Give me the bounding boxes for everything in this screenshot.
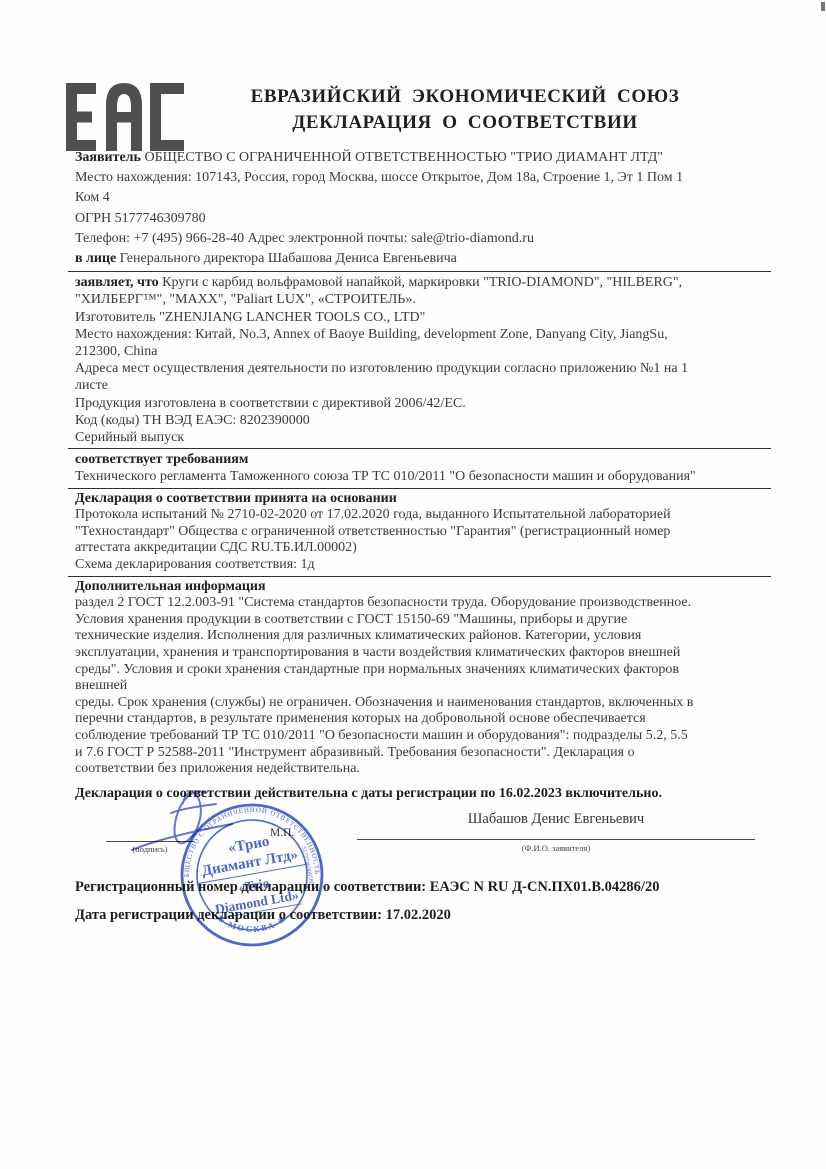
in-person-label: в лице	[75, 251, 116, 266]
title-line-union: ЕВРАЗИЙСКИЙ ЭКОНОМИЧЕСКИЙ СОЮЗ	[140, 84, 790, 110]
additional-info-line: раздел 2 ГОСТ 12.2.003-91 "Система станд…	[75, 595, 763, 612]
fio-line	[357, 839, 755, 840]
directive-line: Продукция изготовлена в соответствии с д…	[75, 395, 763, 412]
additional-info-line: среды. Срок хранения (службы) не огранич…	[75, 695, 763, 712]
section-divider	[68, 488, 771, 489]
basis-header: Декларация о соответствии принята на осн…	[75, 491, 763, 508]
document-title: ЕВРАЗИЙСКИЙ ЭКОНОМИЧЕСКИЙ СОЮЗ ДЕКЛАРАЦИ…	[140, 84, 790, 136]
activity-address-1: Адреса мест осуществления деятельности п…	[75, 360, 763, 377]
manufacturer-address-2: 212300, China	[75, 343, 763, 360]
applicant-ogrn: ОГРН 5177746309780	[75, 209, 763, 229]
manufacturer-address-1: Место нахождения: Китай, No.3, Annex of …	[75, 326, 763, 343]
declaration-document-page: ЕВРАЗИЙСКИЙ ЭКОНОМИЧЕСКИЙ СОЮЗ ДЕКЛАРАЦИ…	[0, 0, 826, 1169]
conformity-body: Технического регламента Таможенного союз…	[75, 468, 763, 485]
tnved-code-line: Код (коды) ТН ВЭД ЕАЭС: 8202390000	[75, 412, 763, 429]
applicant-section: Заявитель ОБЩЕСТВО С ОГРАНИЧЕННОЙ ОТВЕТС…	[75, 148, 763, 269]
title-line-declaration: ДЕКЛАРАЦИЯ О СООТВЕТСТВИИ	[140, 110, 790, 136]
registration-number-line: Регистрационный номер декларации о соотв…	[75, 879, 659, 896]
scan-artifact-corner	[821, 2, 825, 11]
applicant-phone-email: Телефон: +7 (495) 966-28-40 Адрес электр…	[75, 229, 763, 249]
additional-info-line: перечни стандартов, в результате примене…	[75, 711, 763, 728]
conformity-section: соответствует требованиям Технического р…	[75, 451, 763, 485]
basis-line-3: аттестата аккредитации СДС RU.ТБ.ИЛ.0000…	[75, 540, 763, 557]
additional-info-line: технические изделия. Исполнения для разл…	[75, 628, 763, 645]
in-person-name: Генерального директора Шабашова Дениса Е…	[120, 251, 457, 266]
declares-line: заявляет, что Круги с карбид вольфрамово…	[75, 274, 763, 291]
additional-info-header: Дополнительная информация	[75, 579, 763, 596]
applicant-name: ОБЩЕСТВО С ОГРАНИЧЕННОЙ ОТВЕТСТВЕННОСТЬЮ…	[144, 150, 663, 165]
additional-info-line: Условия хранения продукции в соответстви…	[75, 612, 763, 629]
applicant-label: Заявитель	[75, 150, 141, 165]
product-description-2: "ХИЛБЕРГ™", "MAXX", "Paliart LUX", «СТРО…	[75, 291, 763, 308]
serial-release-line: Серийный выпуск	[75, 429, 763, 446]
section-divider	[68, 271, 771, 272]
basis-section: Декларация о соответствии принята на осн…	[75, 491, 763, 574]
fio-caption: (Ф.И.О. заявителя)	[357, 843, 755, 853]
applicant-fio: Шабашов Денис Евгеньевич	[357, 811, 755, 828]
basis-scheme: Схема декларирования соответствия: 1д	[75, 557, 763, 574]
applicant-line: Заявитель ОБЩЕСТВО С ОГРАНИЧЕННОЙ ОТВЕТС…	[75, 148, 763, 168]
basis-line-1: Протокола испытаний № 2710-02-2020 от 17…	[75, 507, 763, 524]
conformity-header: соответствует требованиям	[75, 451, 763, 468]
additional-info-line: соответствии без приложения недействител…	[75, 761, 763, 778]
manufacturer-name: Изготовитель "ZHENJIANG LANCHER TOOLS CO…	[75, 309, 763, 326]
applicant-address-2: Ком 4	[75, 188, 763, 208]
document-body: Заявитель ОБЩЕСТВО С ОГРАНИЧЕННОЙ ОТВЕТС…	[75, 148, 763, 803]
applicant-address-1: Место нахождения: 107143, Россия, город …	[75, 168, 763, 188]
additional-info-line: соблюдение требований ТР ТС 010/2011 "О …	[75, 728, 763, 745]
basis-line-2: "Техностандарт" Общества с ограниченной …	[75, 524, 763, 541]
section-divider	[68, 576, 771, 577]
additional-info-section: Дополнительная информация раздел 2 ГОСТ …	[75, 579, 763, 778]
additional-info-line: и 7.6 ГОСТ Р 52588-2011 "Инструмент абра…	[75, 745, 763, 762]
product-description-1: Круги с карбид вольфрамовой напайкой, ма…	[162, 275, 682, 290]
additional-info-line: эксплуатации, хранения и транспортирован…	[75, 645, 763, 662]
product-section: заявляет, что Круги с карбид вольфрамово…	[75, 274, 763, 446]
in-person-line: в лице Генерального директора Шабашова Д…	[75, 249, 763, 269]
registration-date-line: Дата регистрации декларации о соответств…	[75, 907, 451, 924]
declares-label: заявляет, что	[75, 275, 159, 290]
additional-info-line: внешней	[75, 678, 763, 695]
activity-address-2: листе	[75, 377, 763, 394]
company-round-stamp: ОБЩЕСТВО С ОГРАНИЧЕННОЙ ОТВЕТСТВЕННОСТЬЮ…	[174, 797, 330, 953]
additional-info-line: среды". Условия и сроки хранения стандар…	[75, 662, 763, 679]
section-divider	[68, 448, 771, 449]
